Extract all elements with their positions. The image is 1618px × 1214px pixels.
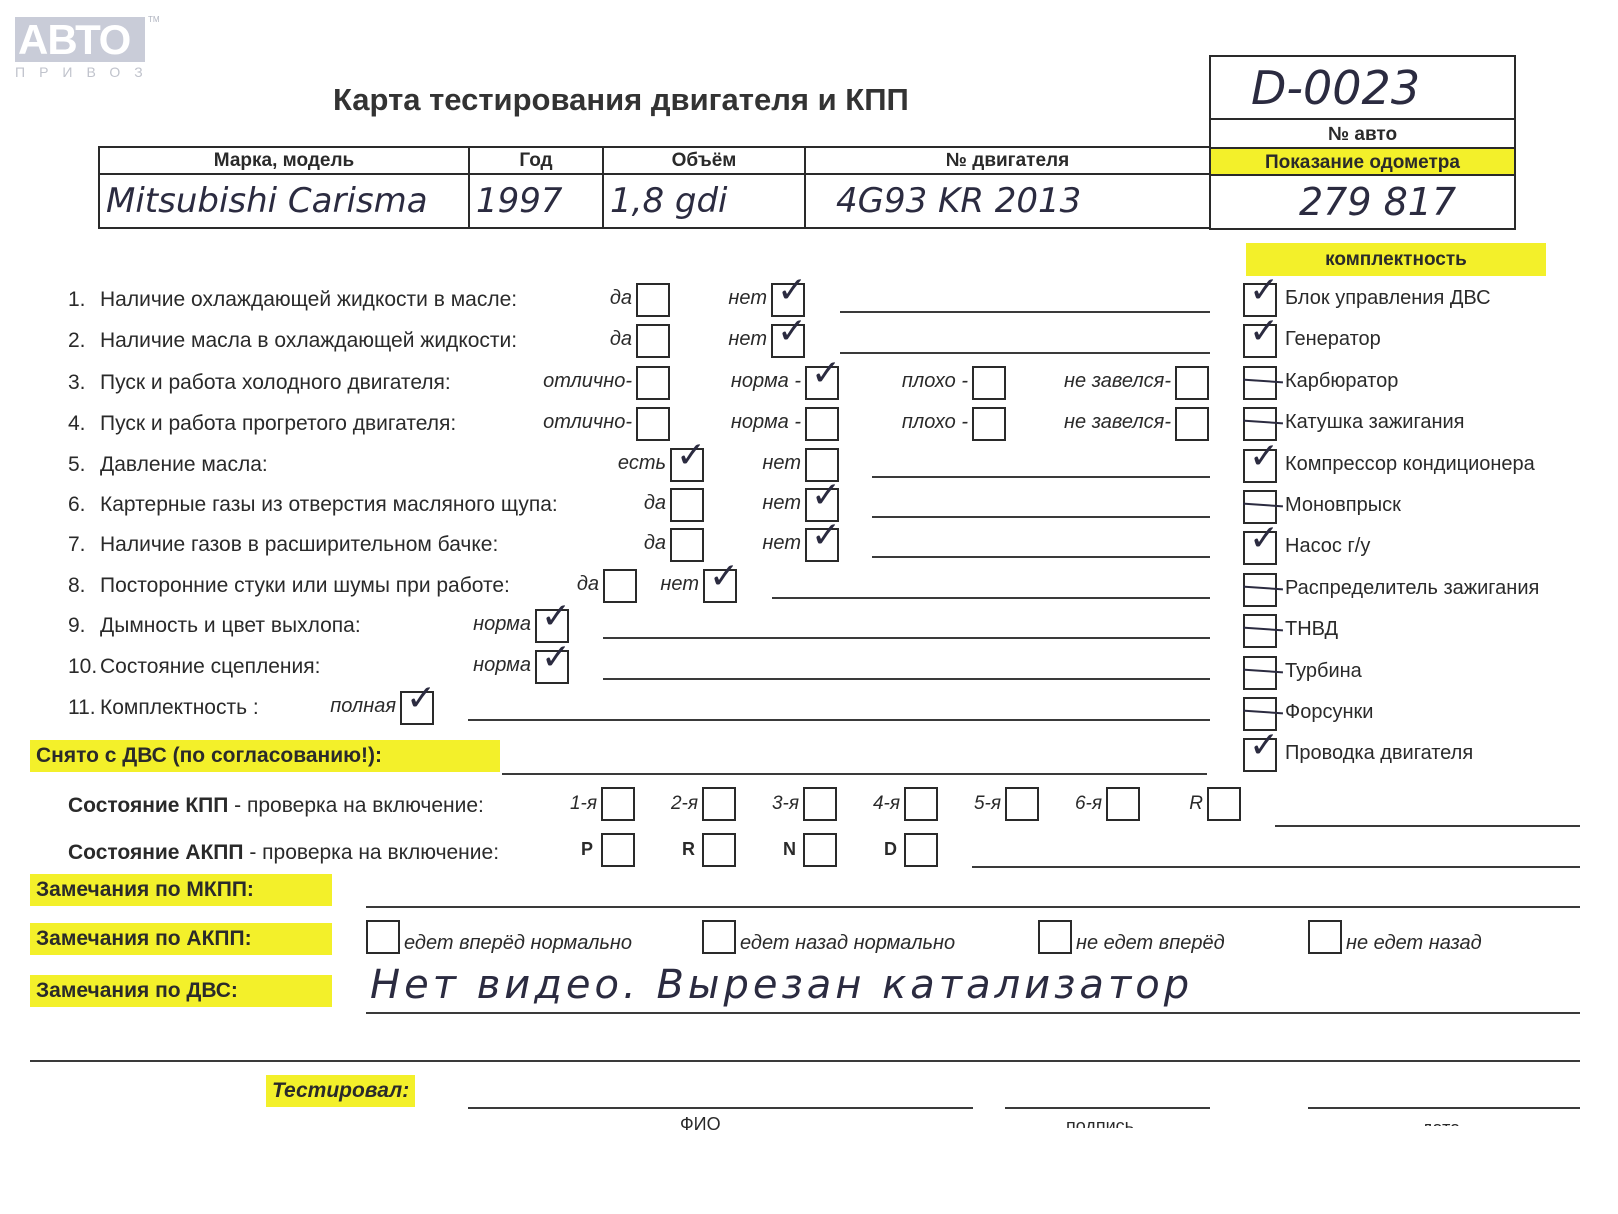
gear-label: 1-я (541, 793, 597, 815)
kpp-row-label: Состояние КПП - проверка на включение: (68, 789, 484, 823)
mode-checkbox[interactable] (702, 833, 736, 867)
checklist-row: 5.Давление масла: (68, 448, 268, 482)
completeness-checkbox[interactable]: ✓ (1243, 449, 1277, 483)
signature-caption: подпись (1066, 1116, 1134, 1128)
gear-label: R (1147, 793, 1203, 815)
completeness-item-label: Блок управления ДВС (1285, 287, 1491, 310)
option-checkbox[interactable] (805, 407, 839, 441)
gear-checkbox[interactable] (904, 787, 938, 821)
akpp-label-bold: Состояние АКПП (68, 841, 244, 864)
option-label: норма (465, 613, 531, 636)
gear-label: 3-я (743, 793, 799, 815)
option-checkbox[interactable] (636, 283, 670, 317)
car-info-box: D-0023 № авто Показание одометра 279 817 (1209, 55, 1516, 230)
option-label: плохо - (893, 411, 968, 434)
dash-mark-icon (1243, 503, 1283, 508)
check-mark-icon: ✓ (1249, 726, 1279, 766)
year-value: 1997 (469, 174, 603, 228)
check-mark-icon: ✓ (777, 312, 807, 352)
option-label: да (605, 287, 632, 310)
check-mark-icon: ✓ (1249, 519, 1279, 559)
checklist-row: 6.Картерные газы из отверстия масляного … (68, 488, 558, 522)
removed-input-line[interactable] (502, 773, 1207, 775)
option-checkbox[interactable]: ✓ (535, 650, 569, 684)
option-checkbox[interactable]: ✓ (670, 448, 704, 482)
option-label: не завелся- (1052, 411, 1171, 434)
row-number: 2. (68, 324, 100, 358)
akpp-remark-label: не едет вперёд (1076, 932, 1225, 955)
mode-label: D (884, 839, 897, 860)
completeness-checkbox[interactable] (1243, 614, 1277, 648)
completeness-item-label: ТНВД (1285, 618, 1338, 641)
option-checkbox[interactable] (972, 407, 1006, 441)
mkpp-remarks-line[interactable] (366, 906, 1580, 908)
option-checkbox[interactable]: ✓ (805, 528, 839, 562)
mode-label: N (783, 839, 796, 860)
akpp-note-line[interactable] (972, 866, 1580, 868)
mode-checkbox[interactable] (803, 833, 837, 867)
logo-tm: TM (148, 15, 160, 24)
option-checkbox[interactable] (636, 366, 670, 400)
note-line[interactable] (840, 352, 1210, 354)
option-checkbox[interactable] (670, 488, 704, 522)
col-volume: Объём (603, 147, 805, 174)
volume-value: 1,8 gdi (603, 174, 805, 228)
option-label: да (572, 573, 599, 596)
row-number: 8. (68, 569, 100, 603)
tested-by-label: Тестировал: (266, 1075, 415, 1107)
completeness-item-label: Моновпрыск (1285, 494, 1401, 517)
check-mark-icon: ✓ (709, 557, 739, 597)
gear-label: 4-я (844, 793, 900, 815)
check-mark-icon: ✓ (406, 679, 436, 719)
checklist-row: 11.Комплектность : (68, 691, 259, 725)
col-engine-number: № двигателя (805, 147, 1210, 174)
kpp-label-rest: - проверка на включение: (228, 794, 484, 817)
logo-subtitle: ПРИВОЗ (15, 64, 157, 80)
check-mark-icon: ✓ (541, 597, 571, 637)
row-label: Пуск и работа прогретого двигателя: (100, 412, 456, 435)
option-label: нет (722, 328, 767, 351)
mode-label: R (682, 839, 695, 860)
check-mark-icon: ✓ (676, 436, 706, 476)
option-label: нет (755, 532, 801, 555)
dash-mark-icon (1243, 378, 1283, 383)
checklist-row: 9.Дымность и цвет выхлопа: (68, 609, 361, 643)
row-number: 9. (68, 609, 100, 643)
option-label: да (640, 492, 666, 515)
option-checkbox[interactable] (972, 366, 1006, 400)
akpp-remark-label: едет вперёд нормально (404, 932, 632, 955)
dash-mark-icon (1243, 627, 1283, 632)
akpp-remark-checkbox[interactable] (1308, 920, 1342, 954)
dash-mark-icon (1243, 420, 1283, 425)
note-line[interactable] (872, 476, 1210, 478)
make-model-value: Mitsubishi Carisma (99, 174, 469, 228)
option-checkbox[interactable]: ✓ (805, 366, 839, 400)
row-label: Пуск и работа холодного двигателя: (100, 371, 451, 394)
check-mark-icon: ✓ (811, 354, 841, 394)
signature-line[interactable] (1005, 1107, 1210, 1109)
completeness-item-label: Катушка зажигания (1285, 411, 1465, 434)
option-checkbox[interactable]: ✓ (703, 569, 737, 603)
gear-checkbox[interactable] (1207, 787, 1241, 821)
removed-label: Снято с ДВС (по согласованию!): (30, 740, 500, 772)
row-label: Наличие газов в расширительном бачке: (100, 533, 498, 556)
gear-label: 6-я (1046, 793, 1102, 815)
option-checkbox[interactable] (670, 528, 704, 562)
logo: АВТО (15, 17, 145, 62)
gear-checkbox[interactable] (1005, 787, 1039, 821)
col-year: Год (469, 147, 603, 174)
completeness-heading: комплектность (1246, 243, 1546, 276)
checklist-row: 10.Состояние сцепления: (68, 650, 320, 684)
kpp-label-bold: Состояние КПП (68, 794, 228, 817)
dvs-remarks-text[interactable]: Нет видео. Вырезан катализатор (370, 962, 1193, 1008)
row-label: Давление масла: (100, 453, 268, 476)
option-label: нет (654, 573, 699, 596)
completeness-item-label: Генератор (1285, 328, 1381, 351)
option-label: нет (755, 492, 801, 515)
check-mark-icon: ✓ (811, 476, 841, 516)
akpp-remark-label: едет назад нормально (740, 932, 955, 955)
akpp-remark-label: не едет назад (1346, 932, 1482, 955)
page-title: Карта тестирования двигателя и КПП (333, 82, 909, 118)
completeness-item-label: Карбюратор (1285, 370, 1398, 393)
check-mark-icon: ✓ (1249, 271, 1279, 311)
row-label: Комплектность : (100, 696, 259, 719)
option-checkbox[interactable]: ✓ (771, 324, 805, 358)
completeness-checkbox[interactable] (1243, 656, 1277, 690)
checklist-row: 1.Наличие охлаждающей жидкости в масле: (68, 283, 517, 317)
option-checkbox[interactable] (603, 569, 637, 603)
dash-mark-icon (1243, 710, 1283, 715)
check-mark-icon: ✓ (811, 516, 841, 556)
dvs-remarks-line-2 (30, 1060, 1580, 1062)
checklist-row: 7.Наличие газов в расширительном бачке: (68, 528, 498, 562)
completeness-checkbox[interactable]: ✓ (1243, 738, 1277, 772)
date-caption: дата (1422, 1118, 1460, 1126)
row-number: 4. (68, 407, 100, 441)
car-number-value: D-0023 (1211, 57, 1514, 120)
row-number: 11. (68, 691, 100, 725)
mode-checkbox[interactable] (601, 833, 635, 867)
row-label: Картерные газы из отверстия масляного щу… (100, 493, 558, 516)
row-number: 7. (68, 528, 100, 562)
note-line[interactable] (468, 719, 1210, 721)
dash-mark-icon (1243, 668, 1283, 673)
check-mark-icon: ✓ (777, 271, 807, 311)
row-label: Посторонние стуки или шумы при работе: (100, 574, 510, 597)
note-line[interactable] (603, 678, 1210, 680)
completeness-item-label: Турбина (1285, 660, 1362, 683)
checklist-row: 2.Наличие масла в охлаждающей жидкости: (68, 324, 517, 358)
option-label: отлично- (533, 411, 632, 434)
mkpp-remarks-label: Замечания по МКПП: (30, 874, 332, 906)
option-checkbox[interactable] (1175, 407, 1209, 441)
akpp-remark-checkbox[interactable] (702, 920, 736, 954)
gear-checkbox[interactable] (1106, 787, 1140, 821)
note-line[interactable] (772, 597, 1210, 599)
row-number: 6. (68, 488, 100, 522)
option-label: норма - (722, 370, 801, 393)
checklist-row: 4.Пуск и работа прогретого двигателя: (68, 407, 456, 441)
gear-label: 5-я (945, 793, 1001, 815)
completeness-item-label: Форсунки (1285, 701, 1373, 724)
fio-caption: ФИО (680, 1114, 721, 1135)
date-line[interactable] (1308, 1107, 1580, 1109)
gear-checkbox[interactable] (601, 787, 635, 821)
option-checkbox[interactable] (1175, 366, 1209, 400)
checklist-row: 3.Пуск и работа холодного двигателя: (68, 366, 451, 400)
option-label: норма (465, 654, 531, 677)
akpp-remarks-label: Замечания по АКПП: (30, 923, 332, 955)
fio-line[interactable] (468, 1107, 973, 1109)
completeness-checkbox[interactable]: ✓ (1243, 531, 1277, 565)
option-label: отлично- (533, 370, 632, 393)
option-label: есть (611, 452, 666, 475)
check-mark-icon: ✓ (1249, 437, 1279, 477)
completeness-item-label: Проводка двигателя (1285, 742, 1473, 765)
completeness-checkbox[interactable]: ✓ (1243, 324, 1277, 358)
gear-label: 2-я (642, 793, 698, 815)
option-label: норма - (722, 411, 801, 434)
completeness-checkbox[interactable] (1243, 573, 1277, 607)
dash-mark-icon (1243, 585, 1283, 590)
option-label: нет (755, 452, 801, 475)
car-number-label: № авто (1211, 120, 1514, 149)
completeness-item-label: Компрессор кондиционера (1285, 453, 1535, 476)
checklist-row: 8.Посторонние стуки или шумы при работе: (68, 569, 510, 603)
col-make-model: Марка, модель (99, 147, 469, 174)
kpp-note-line[interactable] (1275, 825, 1580, 827)
odometer-value: 279 817 (1211, 176, 1514, 228)
option-checkbox[interactable]: ✓ (400, 691, 434, 725)
row-label: Состояние сцепления: (100, 655, 320, 678)
note-line[interactable] (872, 556, 1210, 558)
option-checkbox[interactable] (636, 407, 670, 441)
gear-checkbox[interactable] (702, 787, 736, 821)
row-label: Наличие масла в охлаждающей жидкости: (100, 329, 517, 352)
note-line[interactable] (840, 311, 1210, 313)
completeness-item-label: Насос г/у (1285, 535, 1370, 558)
option-label: да (605, 328, 632, 351)
mode-label: P (581, 839, 593, 860)
row-number: 3. (68, 366, 100, 400)
note-line[interactable] (603, 637, 1210, 639)
option-label: нет (722, 287, 767, 310)
dvs-remarks-line-1 (366, 1012, 1580, 1014)
note-line[interactable] (872, 516, 1210, 518)
check-mark-icon: ✓ (541, 638, 571, 678)
check-mark-icon: ✓ (1249, 312, 1279, 352)
akpp-row-label: Состояние АКПП - проверка на включение: (68, 836, 499, 870)
row-number: 1. (68, 283, 100, 317)
akpp-remark-checkbox[interactable] (1038, 920, 1072, 954)
row-number: 5. (68, 448, 100, 482)
akpp-remark-checkbox[interactable] (366, 920, 400, 954)
option-label: да (640, 532, 666, 555)
row-label: Дымность и цвет выхлопа: (100, 614, 361, 637)
option-label: плохо - (893, 370, 968, 393)
mode-checkbox[interactable] (904, 833, 938, 867)
engine-number-value: 4G93 KR 2013 (805, 174, 1210, 228)
vehicle-table: Марка, модель Год Объём № двигателя Mits… (98, 146, 1211, 229)
row-number: 10. (68, 650, 100, 684)
row-label: Наличие охлаждающей жидкости в масле: (100, 288, 517, 311)
akpp-label-rest: - проверка на включение: (244, 841, 500, 864)
option-label: не завелся- (1052, 370, 1171, 393)
option-label: полная (322, 695, 396, 718)
dvs-remarks-label: Замечания по ДВС: (30, 975, 332, 1007)
odometer-label: Показание одометра (1211, 149, 1514, 176)
completeness-checkbox[interactable] (1243, 366, 1277, 400)
gear-checkbox[interactable] (803, 787, 837, 821)
completeness-item-label: Распределитель зажигания (1285, 577, 1539, 600)
option-checkbox[interactable] (636, 324, 670, 358)
